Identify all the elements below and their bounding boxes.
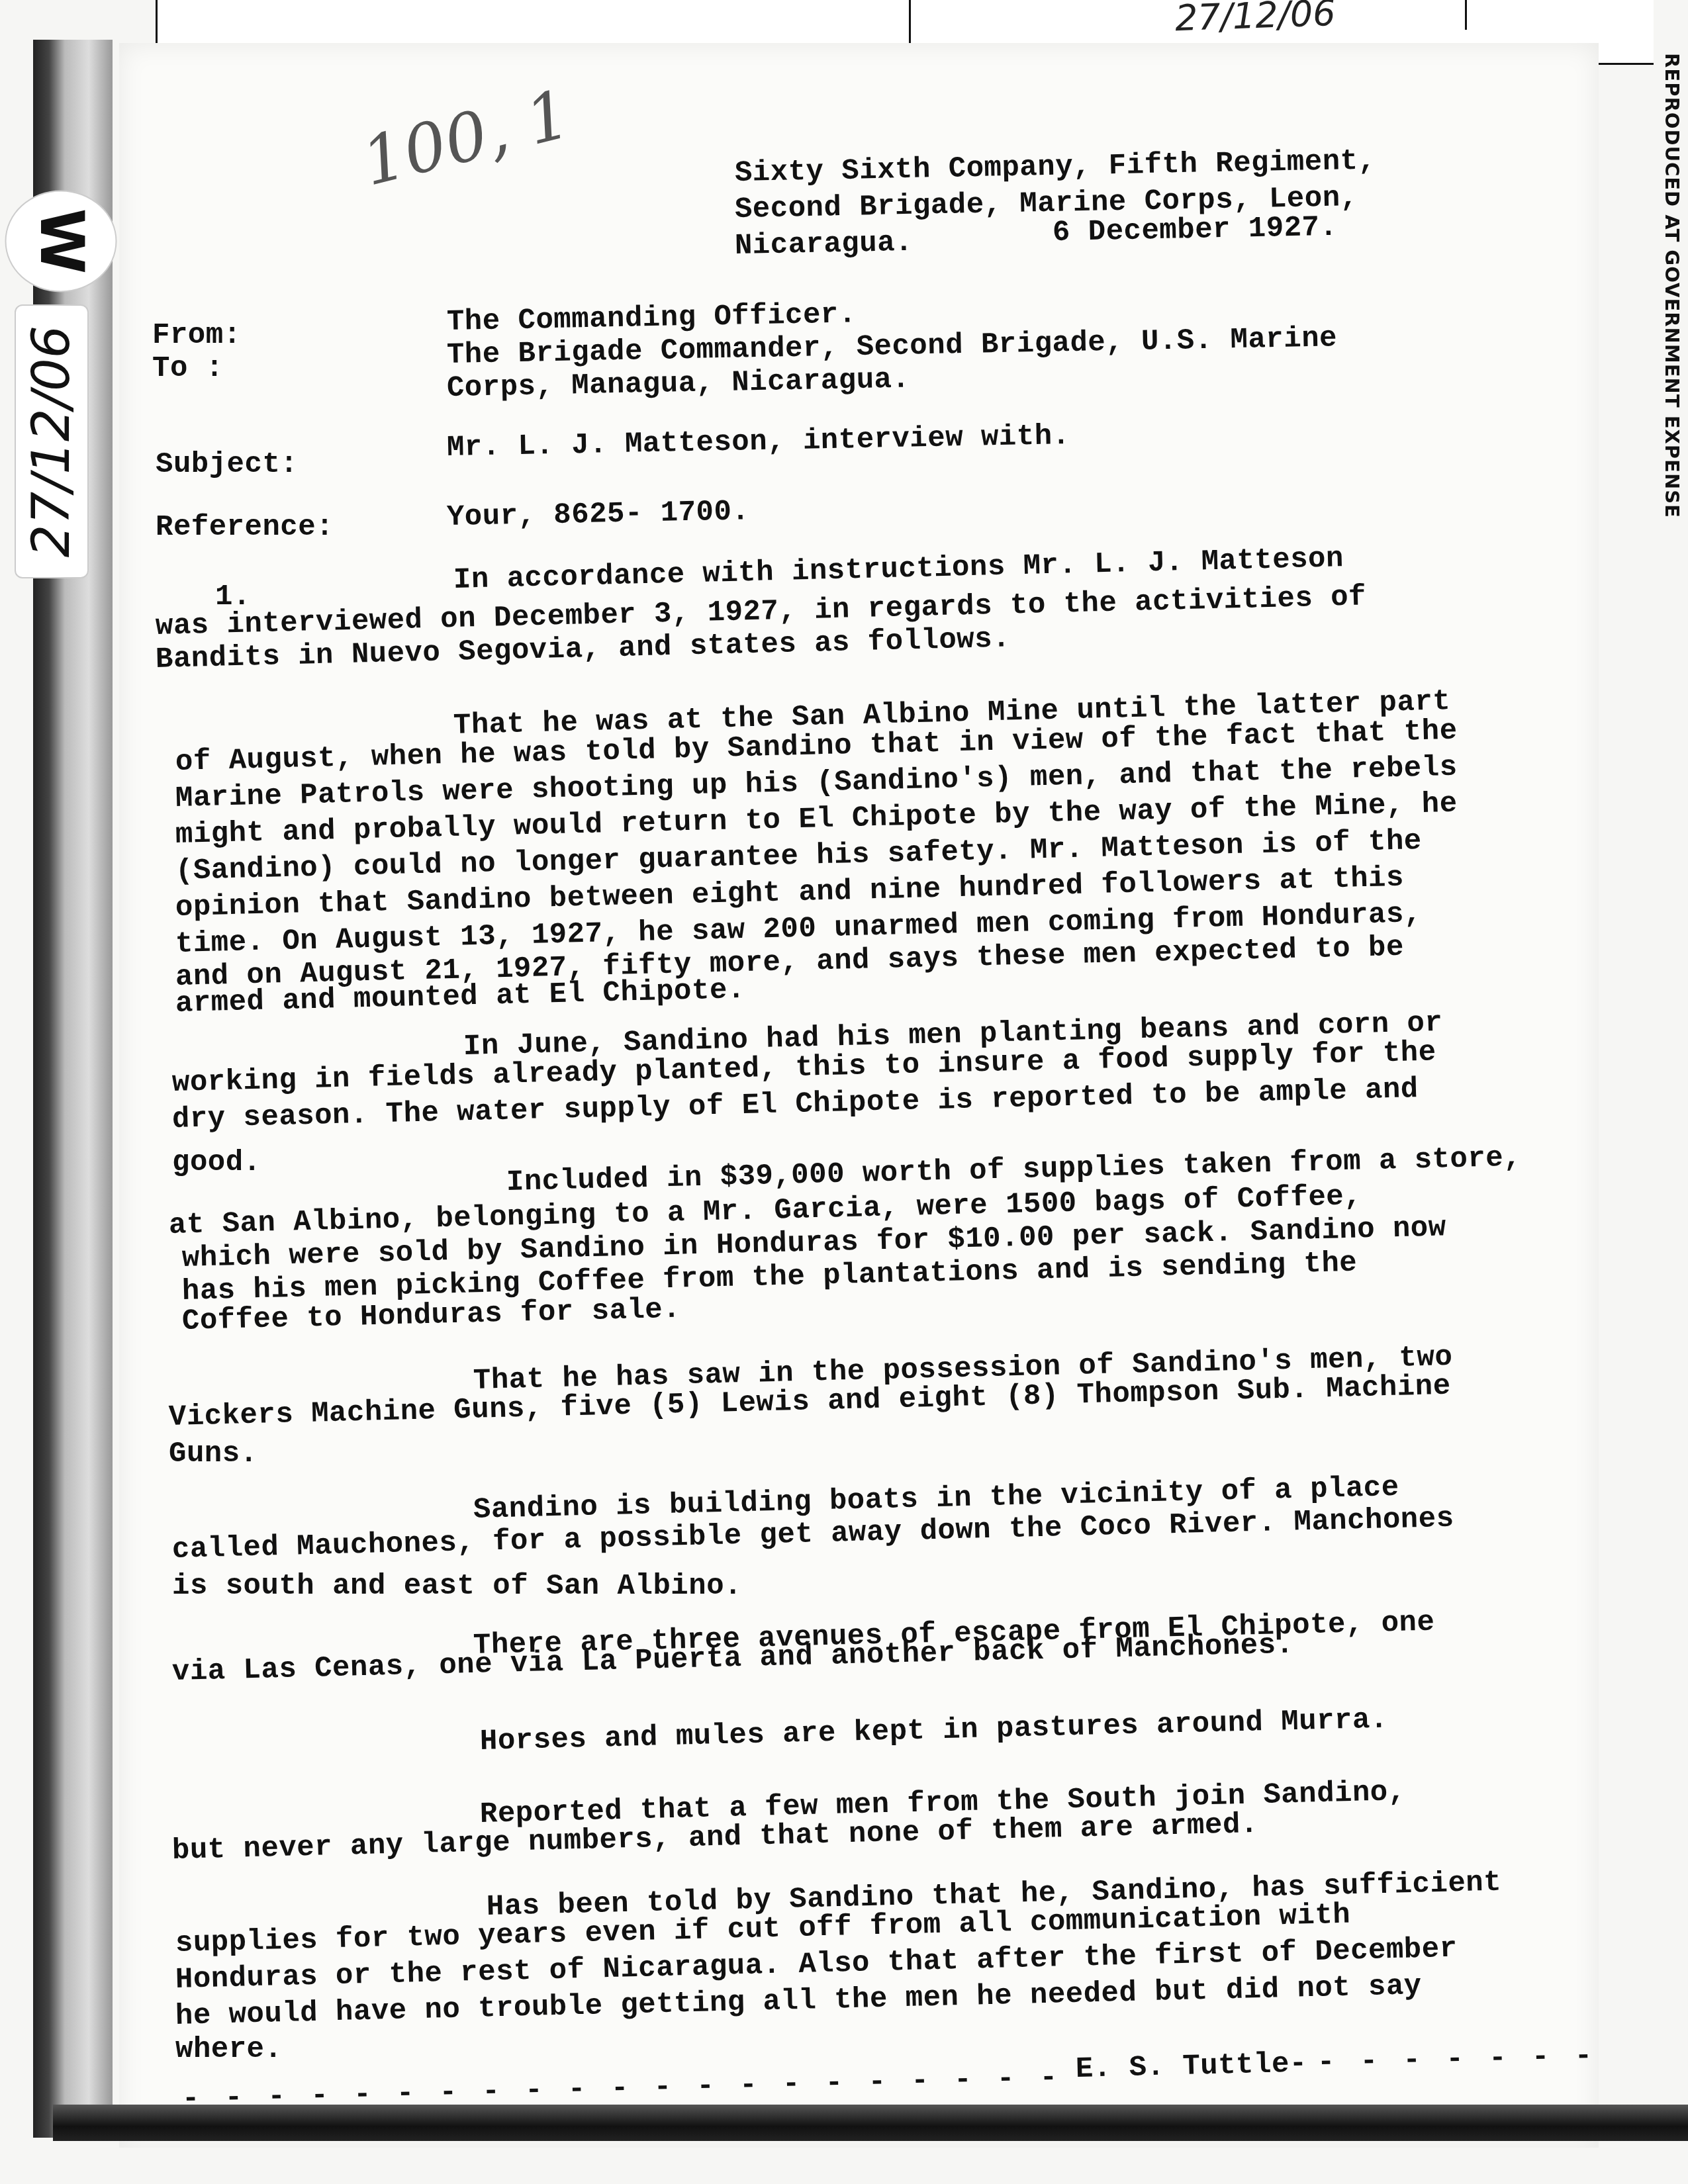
reference-label: Reference: — [156, 513, 334, 542]
box-divider — [909, 0, 911, 46]
side-date-text: 27/12/06 — [22, 326, 81, 557]
reference-value: Your, 8625- 1700. — [447, 497, 750, 532]
paragraph-number: 1. — [215, 582, 251, 612]
from-value: The Commanding Officer. — [447, 300, 857, 337]
w-badge: W — [5, 191, 117, 293]
box-divider — [1465, 0, 1467, 30]
to-label: To : — [152, 354, 224, 383]
reproduced-stamp-text: REPRODUCED AT GOVERNMENT EXPENSE — [1661, 53, 1683, 518]
p6-line: is south and east of San Albino. — [172, 1572, 742, 1601]
p10-line: where. — [175, 2035, 282, 2064]
signature-name: E. S. Tuttle- — [1075, 2049, 1307, 2084]
signature-dashes-right: - - - - - - - — [1317, 2042, 1596, 2077]
subject-label: Subject: — [156, 450, 298, 479]
side-date-tag: 27/12/06 — [15, 304, 89, 578]
p3-line: good. — [172, 1148, 261, 1177]
from-label: From: — [152, 321, 242, 350]
reproduced-stamp: REPRODUCED AT GOVERNMENT EXPENSE — [1658, 53, 1685, 715]
to-value-line2: Corps, Managua, Nicaragua. — [447, 365, 910, 403]
top-date-stamp: 27/12/06 — [1174, 0, 1336, 39]
p5-line: Guns. — [169, 1439, 258, 1469]
letterhead-date: 6 December 1927. — [1053, 213, 1338, 248]
letterhead-line3: Nicaragua. — [735, 228, 914, 261]
